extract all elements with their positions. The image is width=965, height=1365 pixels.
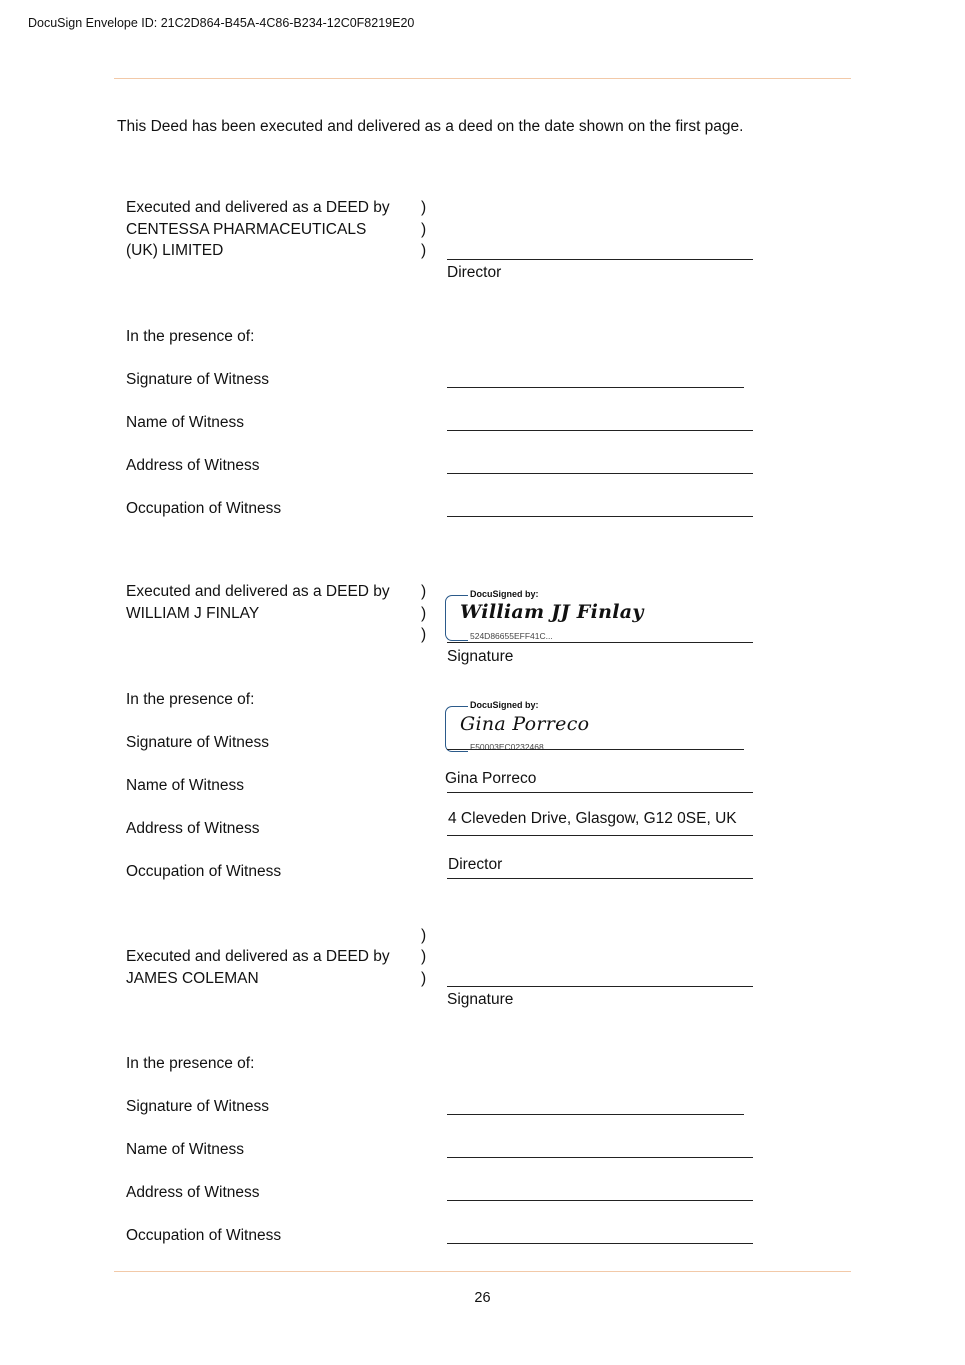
envelope-id: DocuSign Envelope ID: 21C2D864-B45A-4C86… (28, 16, 414, 30)
witness-name-line (447, 792, 753, 793)
bracket: ) (421, 219, 426, 241)
witness-occupation-label: Occupation of Witness (126, 861, 281, 883)
witness-occupation-label: Occupation of Witness (126, 1225, 281, 1247)
witness-signature-line[interactable] (447, 1114, 744, 1115)
presence-label: In the presence of: (126, 1053, 254, 1075)
witness-occupation-value: Director (448, 856, 502, 874)
witness-address-label: Address of Witness (126, 455, 260, 477)
witness-address-value: 4 Cleveden Drive, Glasgow, G12 0SE, UK (448, 810, 737, 828)
signatory-signature-line[interactable] (447, 986, 753, 987)
witness-signature-line (447, 749, 744, 750)
signature-caption: Signature (447, 648, 513, 666)
executed-text: Executed and delivered as a DEED by (126, 197, 390, 219)
witness-occupation-line[interactable] (447, 516, 753, 517)
witness-address-line[interactable] (447, 473, 753, 474)
docusign-id: 524D86655EFF41C... (470, 631, 553, 641)
executed-text: Executed and delivered as a DEED by (126, 946, 390, 968)
docusign-id: F50003EC0232468... (470, 742, 551, 752)
bracket: ) (421, 603, 426, 625)
witness-occupation-label: Occupation of Witness (126, 498, 281, 520)
witness-address-line[interactable] (447, 1200, 753, 1201)
presence-label: In the presence of: (126, 689, 254, 711)
witness-signature-label: Signature of Witness (126, 732, 269, 754)
bracket: ) (421, 946, 426, 968)
executing-party: CENTESSA PHARMACEUTICALS (126, 219, 366, 241)
director-signature-line[interactable] (447, 259, 753, 260)
executing-party: WILLIAM J FINLAY (126, 603, 259, 625)
witness-signature-label: Signature of Witness (126, 1096, 269, 1118)
header-divider (114, 78, 851, 79)
signature-caption: Signature (447, 991, 513, 1009)
signatory-signature-line (447, 642, 753, 643)
bracket: ) (421, 925, 426, 947)
witness-name-label: Name of Witness (126, 1139, 244, 1161)
bracket: ) (421, 624, 426, 646)
docusign-signature-finlay: DocuSigned by: William JJ Finlay 524D866… (445, 589, 615, 641)
signature-image: William JJ Finlay (460, 601, 644, 623)
witness-occupation-line[interactable] (447, 1243, 753, 1244)
witness-name-label: Name of Witness (126, 775, 244, 797)
witness-name-label: Name of Witness (126, 412, 244, 434)
docusign-signature-porreco: DocuSigned by: Gina Porreco F50003EC0232… (445, 700, 615, 752)
witness-name-value: Gina Porreco (445, 770, 536, 788)
page-number: 26 (0, 1290, 965, 1306)
bracket: ) (421, 240, 426, 262)
director-caption: Director (447, 264, 501, 282)
witness-address-label: Address of Witness (126, 1182, 260, 1204)
witness-address-line (447, 835, 753, 836)
executing-party: JAMES COLEMAN (126, 968, 259, 990)
bracket: ) (421, 968, 426, 990)
executed-text: Executed and delivered as a DEED by (126, 581, 390, 603)
witness-name-line[interactable] (447, 1157, 753, 1158)
intro-statement: This Deed has been executed and delivere… (117, 118, 743, 136)
docusign-header: DocuSigned by: (470, 589, 539, 599)
witness-signature-label: Signature of Witness (126, 369, 269, 391)
witness-occupation-line (447, 878, 753, 879)
bracket: ) (421, 581, 426, 603)
witness-name-line[interactable] (447, 430, 753, 431)
docusign-header: DocuSigned by: (470, 700, 539, 710)
executing-party-cont: (UK) LIMITED (126, 240, 223, 262)
signature-image: Gina Porreco (460, 713, 589, 735)
witness-signature-line[interactable] (447, 387, 744, 388)
footer-divider (114, 1271, 851, 1272)
presence-label: In the presence of: (126, 326, 254, 348)
witness-address-label: Address of Witness (126, 818, 260, 840)
bracket: ) (421, 197, 426, 219)
